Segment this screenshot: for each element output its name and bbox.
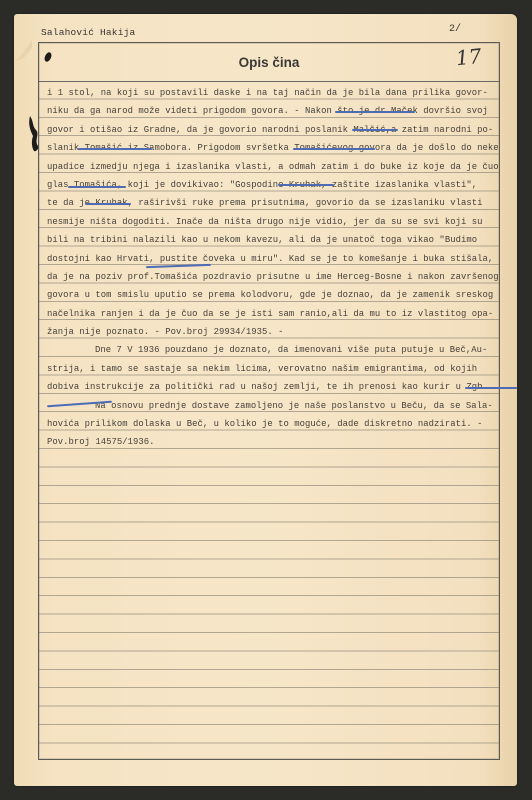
pen-underline: [352, 129, 398, 131]
typed-line: niku da ga narod može videti prigodom go…: [47, 102, 493, 120]
typed-line: strija, i tamo se sastaje sa nekim licim…: [47, 360, 493, 378]
typed-line: Dne 7 V 1936 pouzdano je doznato, da ime…: [47, 341, 493, 359]
pen-underline: [85, 203, 131, 205]
typed-line: nesmije ništa dogoditi. Inače da ništa d…: [47, 213, 493, 231]
pen-underline: [293, 148, 375, 150]
typed-text-body: i 1 stol, na koji su postavili daske i n…: [47, 84, 493, 452]
pen-underline: [335, 111, 415, 113]
handwritten-page-mark: 17: [454, 44, 482, 71]
document-title: Opis čina: [39, 55, 499, 70]
subject-name: Salahović Hakija: [41, 27, 135, 38]
title-bar: Opis čina 17: [39, 43, 499, 82]
typed-line: hovića prilikom dolaska u Beč, u koliko …: [47, 415, 493, 433]
pen-underline: [465, 387, 517, 389]
pen-underline: [78, 148, 152, 150]
typed-line: i 1 stol, na koji su postavili daske i n…: [47, 84, 493, 102]
typed-line: dobiva instrukcije za politički rad u na…: [47, 378, 493, 396]
paper-tear: [12, 36, 34, 76]
pen-underline: [68, 186, 126, 188]
typed-line: da je na poziv prof.Tomašića pozdravio p…: [47, 268, 493, 286]
typed-line: Pov.broj 14575/1936.: [47, 433, 493, 451]
typed-line: žanja nije poznato. - Pov.broj 29934/193…: [47, 323, 493, 341]
typed-line: Na osnovu prednje dostave zamoljeno je n…: [47, 397, 493, 415]
typed-line: govor i otišao iz Gradne, da je govorio …: [47, 121, 493, 139]
page-number: 2/: [449, 24, 461, 35]
typed-line: bili na tribini nalazili kao u nekom kav…: [47, 231, 493, 249]
ink-stain: [28, 116, 42, 152]
pen-underline: [278, 184, 334, 186]
typed-line: upadice izmedju njega i izaslanika vlast…: [47, 158, 493, 176]
typed-line: dostojni kao Hrvati, pustite čoveka u mi…: [47, 250, 493, 268]
typed-line: govora u tom smislu uputio se prema kolo…: [47, 286, 493, 304]
typed-line: načelnika ranjen i da je čuo da se je is…: [47, 305, 493, 323]
